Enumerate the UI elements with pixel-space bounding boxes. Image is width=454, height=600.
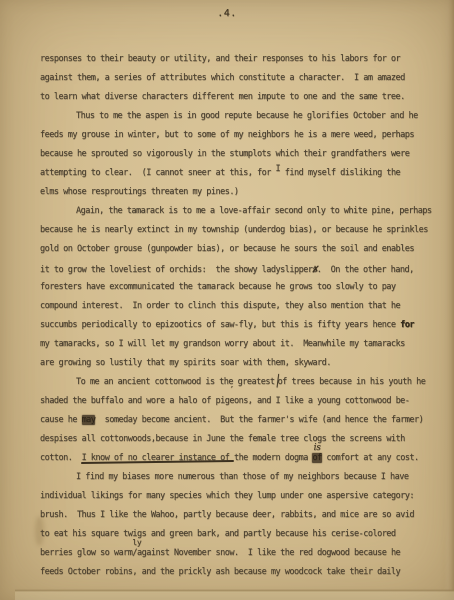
typed-text: To me an ancient cottonwood is the great…: [76, 377, 275, 387]
typed-text: Thus to me the aspen is in good repute b…: [76, 111, 418, 121]
typed-text: against them, a series of attributes whi…: [40, 73, 405, 83]
typed-text: individual likings for many species whic…: [40, 491, 414, 501]
text-line: succumbs periodically to epizootics of s…: [40, 316, 440, 335]
text-line: attempting to clear. (I cannot sneer at …: [40, 164, 440, 183]
text-line: feeds October robins, and the prickly as…: [40, 563, 440, 582]
inserted-text-above: ′: [229, 386, 234, 396]
manuscript-page: .4. responses to their beauty or utility…: [0, 0, 454, 600]
typed-text: Again, the tamarack is to me a love-affa…: [76, 206, 432, 216]
text-line: To me an ancient cottonwood is the great…: [40, 373, 440, 392]
text-line: feeds my grouse in winter, but to some o…: [40, 126, 440, 145]
text-line: because he sprouted so vigorously in the…: [40, 145, 440, 164]
typed-text: the modern dogma: [229, 453, 312, 463]
typed-text: comfort at any cost.: [322, 453, 419, 463]
typed-text: compound interest. In order to clinch th…: [40, 301, 400, 311]
text-line: compound interest. In order to clinch th…: [40, 297, 440, 316]
typed-text: because he sprouted so vigorously in the…: [40, 149, 409, 159]
text-line: shaded the buffalo and wore a halo of pi…: [40, 392, 440, 411]
typed-text: ons, and I like a young cottonwood be-: [234, 396, 409, 406]
text-line: berries glow so warm/lyagainst November …: [40, 544, 440, 563]
page-number: .4.: [0, 8, 454, 19]
page-binding-edge: [0, 0, 17, 600]
typed-text: foresters have excommunicated the tamara…: [40, 282, 396, 292]
text-line: because he is nearly extinct in my towns…: [40, 221, 440, 240]
typed-text: gold on October grouse (gunpowder bias),…: [40, 244, 414, 254]
annotation-dark: for: [400, 320, 414, 330]
typed-text: succumbs periodically to epizootics of s…: [40, 320, 400, 330]
text-line: elms whose resproutings threaten my pine…: [40, 183, 440, 202]
typed-text: attempting to clear. (I cannot sneer at …: [40, 168, 276, 178]
typed-text: I find my biases more numerous than thos…: [76, 472, 408, 482]
text-line: despises all cottonwoods,because in June…: [40, 430, 440, 449]
typed-text: to eat his square twigs and green bark, …: [40, 529, 396, 539]
text-body: responses to their beauty or utility, an…: [40, 50, 440, 582]
text-line: against them, a series of attributes whi…: [40, 69, 440, 88]
inserted-text-above: is: [312, 443, 321, 453]
annotation-blackout: may: [82, 415, 96, 425]
text-line: cotton. I know of no clearer instance of…: [40, 449, 440, 468]
typed-text: my tamaracks, so I will let my grandson …: [40, 339, 405, 349]
text-line: I find my biases more numerous than thos…: [40, 468, 440, 487]
typed-text: because he is nearly extinct in my towns…: [40, 225, 428, 235]
text-line: it to grow the loveliest of orchids: the…: [40, 259, 440, 278]
text-line: are growing so lustily that my spirits s…: [40, 354, 440, 373]
page-right-edge: [444, 0, 454, 600]
typed-text: responses to their beauty or utility, an…: [40, 54, 400, 64]
typed-text: cause he: [40, 415, 82, 425]
typed-text: cotton.: [40, 453, 82, 463]
annotation-blackout: ofis: [312, 453, 321, 463]
page-bottom-edge: [15, 588, 454, 600]
text-line: foresters have excommunicated the tamara…: [40, 278, 440, 297]
typed-text: find myself disliking the: [280, 168, 400, 178]
typed-text: feeds my grouse in winter, but to some o…: [40, 130, 414, 140]
typed-text: to learn what diverse characters differe…: [40, 92, 405, 102]
typed-text: of trees because in his youth he: [278, 377, 426, 387]
text-line: brush. Thus I like the Wahoo, partly bec…: [40, 506, 440, 525]
text-line: to learn what diverse characters differe…: [40, 88, 440, 107]
text-line: gold on October grouse (gunpowder bias),…: [40, 240, 440, 259]
typed-text: are growing so lustily that my spirits s…: [40, 358, 331, 368]
text-line: Again, the tamarack is to me a love-affa…: [40, 202, 440, 221]
typed-text: . On the other hand,: [317, 265, 414, 275]
text-line: cause he may someday become ancient. But…: [40, 411, 440, 430]
inserted-text-above: ly: [132, 538, 137, 548]
typed-text: elms whose resproutings threaten my pine…: [40, 187, 239, 197]
typed-text: it to grow the loveliest of orchids: the…: [40, 265, 317, 275]
typed-text: brush. Thus I like the Wahoo, partly bec…: [40, 510, 414, 520]
text-line: responses to their beauty or utility, an…: [40, 50, 440, 69]
typed-text: berries glow so warm: [40, 548, 132, 558]
typed-text: shaded the buffalo and wore a halo of pi…: [40, 396, 229, 406]
text-line: to eat his square twigs and green bark, …: [40, 525, 440, 544]
typed-text: feeds October robins, and the prickly as…: [40, 567, 400, 577]
typed-text: against November snow. I like the red do…: [137, 548, 400, 558]
annotation-strike: I know of no clearer instance of: [82, 453, 230, 463]
typed-text: despises all cottonwoods,because in June…: [40, 434, 405, 444]
text-line: my tamaracks, so I will let my grandson …: [40, 335, 440, 354]
text-line: individual likings for many species whic…: [40, 487, 440, 506]
text-line: Thus to me the aspen is in good repute b…: [40, 107, 440, 126]
typed-text: someday become ancient. But the farmer's…: [95, 415, 423, 425]
